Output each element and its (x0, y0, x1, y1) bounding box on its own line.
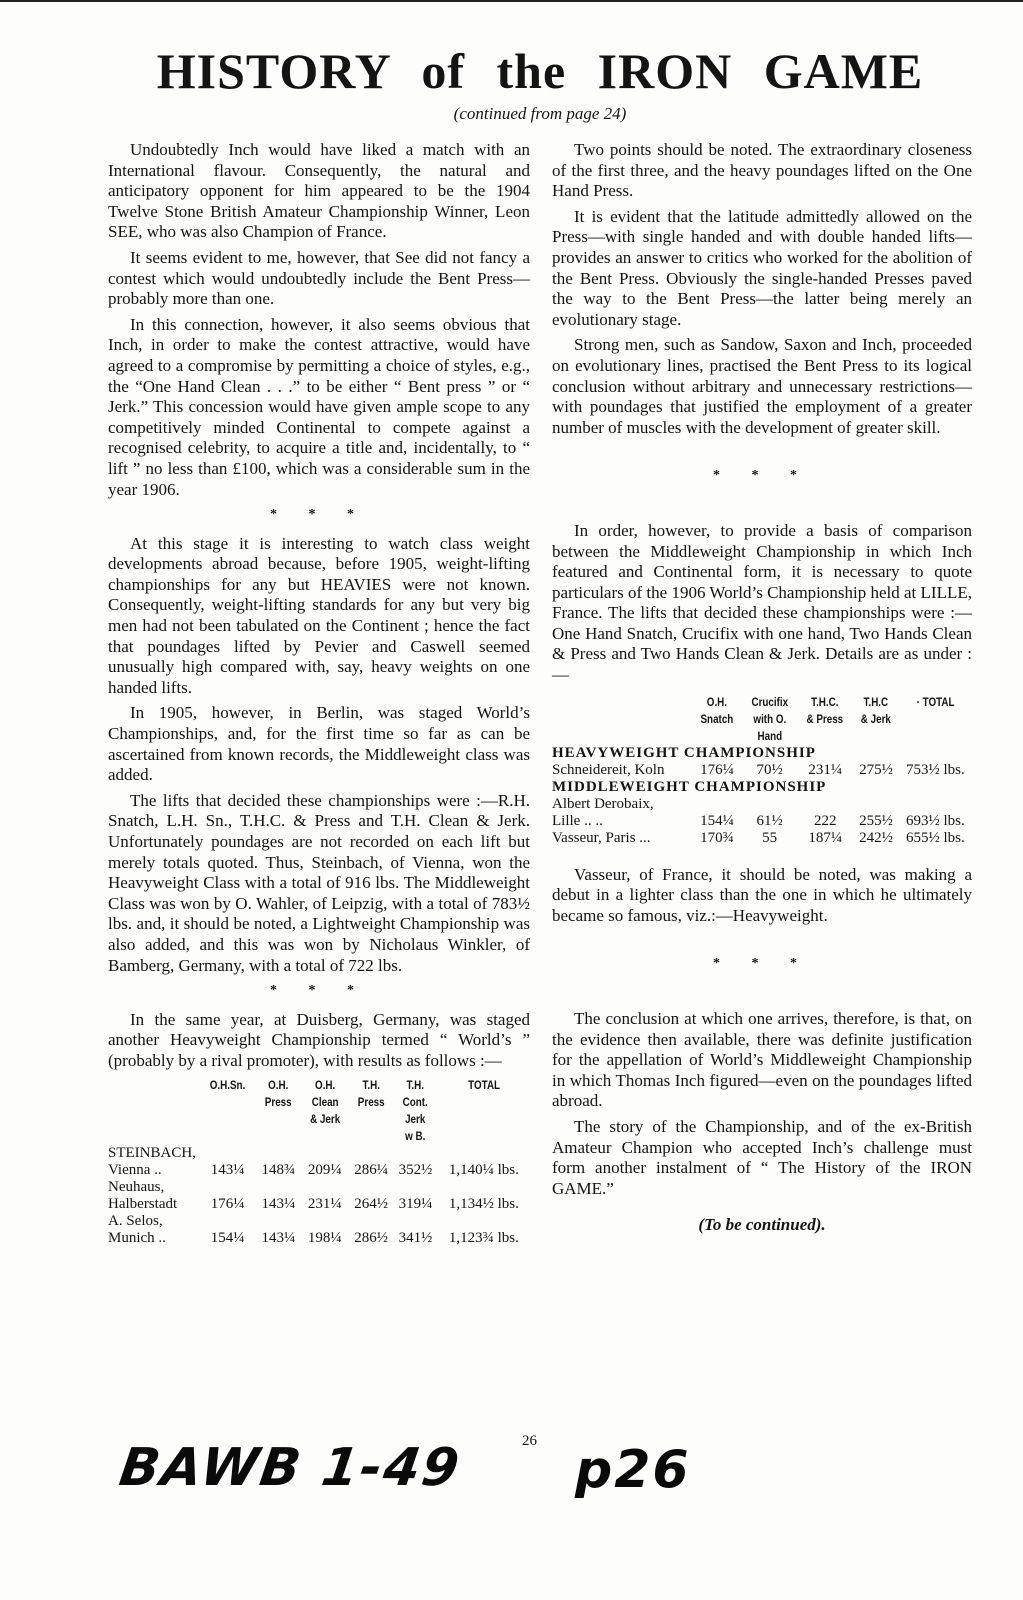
paragraph: It is evident that the latitude admitted… (552, 207, 972, 331)
column-header: T.H.Cont.Jerkw B. (397, 1077, 433, 1145)
column-header-line: TOTAL (446, 1077, 522, 1094)
lift-value: 170¾ (692, 830, 742, 847)
athlete-name: Vasseur, Paris ... (552, 830, 692, 847)
paragraph: In order, however, to provide a basis of… (552, 521, 972, 686)
lift-value: 148¾ (256, 1162, 300, 1179)
column-header: O.H.Sn. (204, 1077, 251, 1145)
column-header-line (802, 728, 848, 745)
handwritten-page-annotation: p26 (575, 1440, 691, 1500)
column-header-line (446, 1111, 522, 1128)
table-row: Halberstadt176¼143¼231¼264½319¼1,134½ lb… (108, 1196, 530, 1213)
lift-value: 61½ (742, 813, 798, 830)
column-header-line: Jerk (397, 1111, 433, 1128)
lift-value: 55 (742, 830, 798, 847)
column-header-line (857, 728, 894, 745)
column-header-line (353, 1128, 389, 1145)
section-divider: * * * (108, 505, 530, 526)
column-header-line (905, 711, 965, 728)
lift-value: 222 (797, 813, 853, 830)
column-header-line (905, 728, 965, 745)
lift-value: 1,123¾ lbs. (438, 1230, 530, 1247)
paragraph: In the same year, at Duisberg, Germany, … (108, 1010, 530, 1072)
lift-value: 231¼ (301, 1196, 349, 1213)
column-header: TOTAL (446, 1077, 522, 1145)
lift-value: 209¼ (301, 1162, 349, 1179)
lift-value: 242½ (853, 830, 899, 847)
lift-value: 286½ (349, 1230, 393, 1247)
athlete-name: Schneidereit, Koln (552, 762, 692, 779)
lift-value: 1,140¼ lbs. (438, 1162, 530, 1179)
right-column: Two points should be noted. The extraord… (552, 140, 972, 1236)
lift-value: 275½ (853, 762, 899, 779)
paragraph: Two points should be noted. The extraord… (552, 140, 972, 202)
paragraph: In 1905, however, in Berlin, was staged … (108, 703, 530, 785)
championship-title: MIDDLEWEIGHT CHAMPIONSHIP (552, 779, 972, 796)
athlete-name: Albert Derobaix, (552, 796, 972, 813)
column-header-line: T.H. (397, 1077, 433, 1094)
paragraph: Vasseur, of France, it should be noted, … (552, 865, 972, 927)
athlete-place: Munich .. (108, 1230, 199, 1247)
table-row-name: A. Selos, (108, 1213, 530, 1230)
table-row: Schneidereit, Koln176¼70½231¼275½753½ lb… (552, 762, 972, 779)
lift-value: 255½ (853, 813, 899, 830)
column-header-line: Crucifix (747, 694, 793, 711)
column-header-line: T.H.C (857, 694, 894, 711)
left-column: Undoubtedly Inch would have liked a matc… (108, 140, 530, 1247)
column-header-line: O.H. (260, 1077, 296, 1094)
column-header-line (353, 1111, 389, 1128)
athlete-place: Halberstadt (108, 1196, 199, 1213)
column-header-line (260, 1111, 296, 1128)
athlete-name: STEINBACH, (108, 1145, 530, 1162)
table-header-row: O.H.Snatch Crucifixwith O.HandT.H.C.& Pr… (552, 694, 972, 745)
column-header-line: T.H. (353, 1077, 389, 1094)
lift-value: 352½ (393, 1162, 437, 1179)
lift-value: 693½ lbs. (899, 813, 972, 830)
paragraph: The story of the Championship, and of th… (552, 1117, 972, 1199)
column-header-line (446, 1094, 522, 1111)
column-header-line: Cont. (397, 1094, 433, 1111)
page-title: HISTORY of the IRON GAME (100, 42, 980, 100)
column-header: O.H.Snatch (697, 694, 738, 745)
lift-value: 176¼ (199, 1196, 256, 1213)
table-row: Vienna ..143¼148¾209¼286¼352½1,140¼ lbs. (108, 1162, 530, 1179)
athlete-name: A. Selos, (108, 1213, 530, 1230)
paragraph: At this stage it is interesting to watch… (108, 534, 530, 699)
column-header-line: & Press (802, 711, 848, 728)
section-divider: * * * (552, 466, 972, 487)
column-header: T.H.C& Jerk (857, 694, 894, 745)
column-header-line (204, 1128, 251, 1145)
duisberg-results-table: O.H.Sn. O.H.Press O.H.Clean& Jerk T.H.Pr… (108, 1077, 530, 1247)
lift-value: 154¼ (692, 813, 742, 830)
lift-value: 143¼ (256, 1230, 300, 1247)
column-header: O.H.Clean& Jerk (305, 1077, 345, 1145)
column-header-line (697, 728, 738, 745)
paragraph: In this connection, however, it also see… (108, 315, 530, 500)
lift-value: 176¼ (692, 762, 742, 779)
lift-value: 70½ (742, 762, 798, 779)
column-header-line: O.H.Sn. (204, 1077, 251, 1094)
top-rule (0, 0, 1023, 2)
column-header-line: w B. (397, 1128, 433, 1145)
column-header-line: Clean (305, 1094, 345, 1111)
table-row-name: STEINBACH, (108, 1145, 530, 1162)
column-header-line (305, 1128, 345, 1145)
column-header: Crucifixwith O.Hand (747, 694, 793, 745)
paragraph: Undoubtedly Inch would have liked a matc… (108, 140, 530, 243)
column-header-line (260, 1128, 296, 1145)
lift-value: 1,134½ lbs. (438, 1196, 530, 1213)
handwritten-annotation: BAWB 1-49 (116, 1438, 465, 1498)
column-header-line: with O. (747, 711, 793, 728)
table-row: Vasseur, Paris ...170¾55187¼242½655½ lbs… (552, 830, 972, 847)
column-header-line: & Jerk (857, 711, 894, 728)
column-header-line: Press (260, 1094, 296, 1111)
column-header-line (446, 1128, 522, 1145)
column-header: T.H.C.& Press (802, 694, 848, 745)
athlete-place: Vienna .. (108, 1162, 199, 1179)
section-divider: * * * (108, 981, 530, 1002)
page-number: 26 (522, 1433, 537, 1450)
column-header-line (204, 1094, 251, 1111)
lille-results-table: O.H.Snatch Crucifixwith O.HandT.H.C.& Pr… (552, 694, 972, 847)
group-row: HEAVYWEIGHT CHAMPIONSHIP (552, 745, 972, 762)
lift-value: 319¼ (393, 1196, 437, 1213)
group-row: MIDDLEWEIGHT CHAMPIONSHIP (552, 779, 972, 796)
lift-value: 231¼ (797, 762, 853, 779)
lift-value: 655½ lbs. (899, 830, 972, 847)
column-header-line: Hand (747, 728, 793, 745)
lift-value: 341½ (393, 1230, 437, 1247)
column-header: · TOTAL (905, 694, 965, 745)
column-header: O.H.Press (260, 1077, 296, 1145)
table-header-row: O.H.Sn. O.H.Press O.H.Clean& Jerk T.H.Pr… (108, 1077, 530, 1145)
column-header-line: O.H. (697, 694, 738, 711)
table-row: Lille .. ..154¼61½222255½693½ lbs. (552, 813, 972, 830)
lift-value: 143¼ (256, 1196, 300, 1213)
paragraph: Strong men, such as Sandow, Saxon and In… (552, 335, 972, 438)
paragraph: The lifts that decided these championshi… (108, 791, 530, 976)
table-row-name: Neuhaus, (108, 1179, 530, 1196)
paragraph: The conclusion at which one arrives, the… (552, 1009, 972, 1112)
section-divider: * * * (552, 954, 972, 975)
to-be-continued: (To be continued). (552, 1215, 972, 1236)
lift-value: 154¼ (199, 1230, 256, 1247)
lift-value: 198¼ (301, 1230, 349, 1247)
column-header-line: · TOTAL (905, 694, 965, 711)
column-header-line (204, 1111, 251, 1128)
lift-value: 753½ lbs. (899, 762, 972, 779)
subtitle: (continued from page 24) (100, 104, 980, 124)
column-header-line: Press (353, 1094, 389, 1111)
athlete-place: Lille .. .. (552, 813, 692, 830)
column-header: T.H.Press (353, 1077, 389, 1145)
column-header-line: O.H. (305, 1077, 345, 1094)
lift-value: 264½ (349, 1196, 393, 1213)
column-header-line: Snatch (697, 711, 738, 728)
championship-title: HEAVYWEIGHT CHAMPIONSHIP (552, 745, 972, 762)
table-row: Munich ..154¼143¼198¼286½341½1,123¾ lbs. (108, 1230, 530, 1247)
column-header-line: & Jerk (305, 1111, 345, 1128)
lift-value: 143¼ (199, 1162, 256, 1179)
lift-value: 187¼ (797, 830, 853, 847)
column-header-line: T.H.C. (802, 694, 848, 711)
athlete-name: Neuhaus, (108, 1179, 530, 1196)
lift-value: 286¼ (349, 1162, 393, 1179)
paragraph: It seems evident to me, however, that Se… (108, 248, 530, 310)
table-row-name: Albert Derobaix, (552, 796, 972, 813)
